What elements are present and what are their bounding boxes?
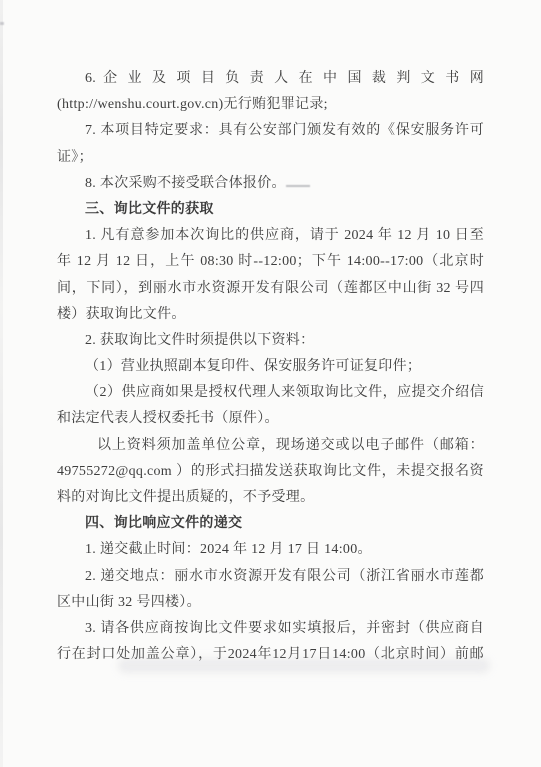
document-line: 楼）获取询比文件。: [57, 302, 484, 328]
scanned-document-page: 6. 企 业 及 项 目 负 责 人 在 中 国 裁 判 文 书 网(http:…: [0, 0, 541, 767]
document-line: 证》；: [57, 145, 484, 171]
section-heading: 四、询比响应文件的递交: [57, 511, 484, 537]
document-line: 间，下同），到丽水市水资源开发有限公司（莲都区中山街 32 号四: [57, 276, 484, 302]
document-line: 7. 本项目特定要求：具有公安部门颁发有效的《保安服务许可: [57, 118, 484, 144]
document-line: 料的对询比文件提出质疑的，不予受理。: [57, 485, 484, 511]
document-line: 区中山街 32 号四楼）。: [57, 590, 484, 616]
document-line: 3. 请各供应商按询比文件要求如实填报后，并密封（供应商自: [57, 616, 484, 642]
document-line: 年 12 月 12 日，上午 08:30 时--12:00；下午 14:00--…: [57, 249, 484, 275]
scan-artifact-mark: [0, 22, 4, 25]
section-heading: 三、询比文件的获取: [57, 197, 484, 223]
document-line: （1）营业执照副本复印件、保安服务许可证复印件；: [57, 354, 484, 380]
document-line: 2. 获取询比文件时须提供以下资料：: [57, 328, 484, 354]
document-line: 1. 凡有意参加本次询比的供应商，请于 2024 年 12 月 10 日至 20…: [57, 223, 484, 249]
document-line: （2）供应商如果是授权代理人来领取询比文件，应提交介绍信: [57, 380, 484, 406]
document-line: 以上资料须加盖单位公章，现场递交或以电子邮件（邮箱：: [57, 433, 484, 459]
document-line: 8. 本次采购不接受联合体报价。: [57, 171, 484, 197]
document-line: 6. 企 业 及 项 目 负 责 人 在 中 国 裁 判 文 书 网: [57, 66, 484, 92]
document-line: (http://wenshu.court.gov.cn)无行贿犯罪记录;: [57, 92, 484, 118]
document-line: 和法定代表人授权委托书（原件）。: [57, 406, 484, 432]
document-line: 1. 递交截止时间：2024 年 12 月 17 日 14:00。: [57, 537, 484, 563]
scan-edge-shading: [0, 0, 3, 767]
document-line: 49755272@qq.com ）的形式扫描发送获取询比文件，未提交报名资: [57, 459, 484, 485]
scan-bleedthrough-band: [118, 658, 490, 673]
scan-artifact-streak: [286, 185, 310, 187]
document-text-block: 6. 企 业 及 项 目 负 责 人 在 中 国 裁 判 文 书 网(http:…: [57, 66, 484, 668]
document-line: 2. 递交地点：丽水市水资源开发有限公司（浙江省丽水市莲都: [57, 564, 484, 590]
